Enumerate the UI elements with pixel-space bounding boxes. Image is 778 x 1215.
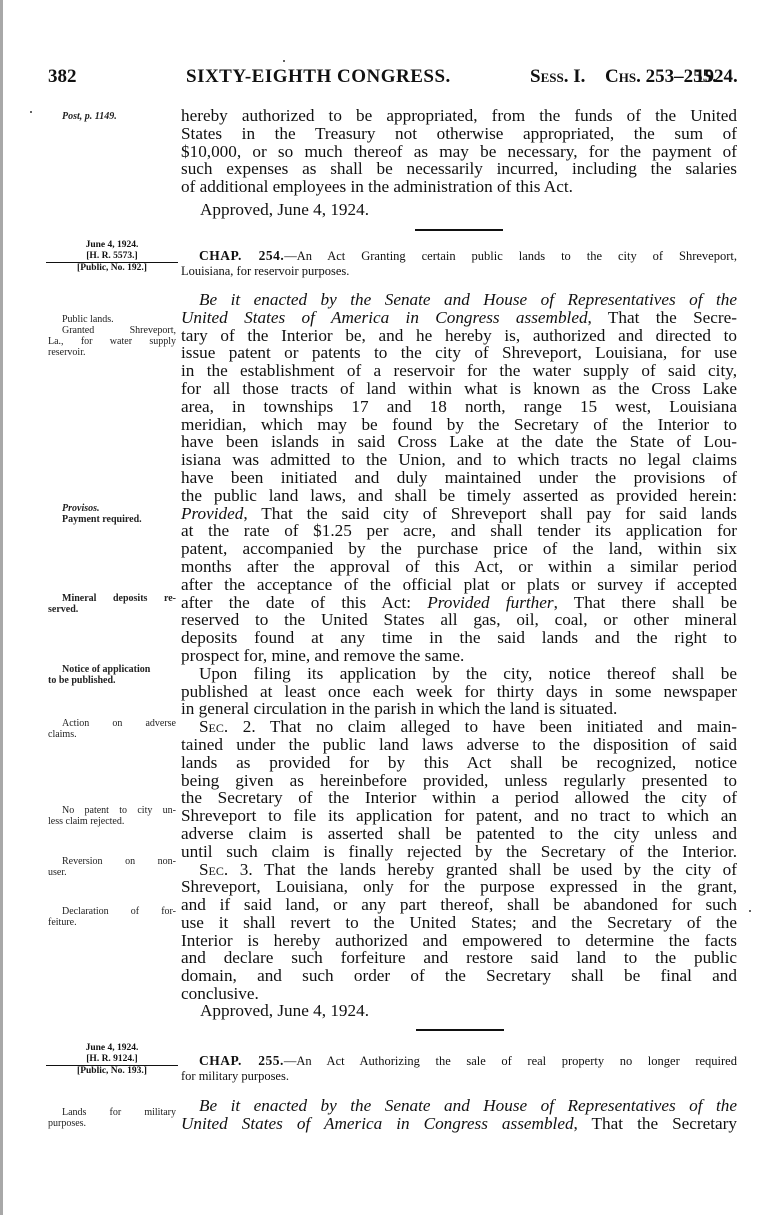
bill-number: [H. R. 5573.] bbox=[52, 251, 172, 262]
approved-date-2: Approved, June 4, 1924. bbox=[200, 1001, 369, 1021]
margin-note-notice: Notice of application to be published. bbox=[48, 664, 176, 686]
chap255-title-cont: for military purposes. bbox=[181, 1069, 737, 1084]
act-date: June 4, 1924. bbox=[52, 240, 172, 251]
year-label: 1924. bbox=[695, 66, 738, 88]
margin-note-reversion: Reversion on non- user. bbox=[48, 856, 176, 878]
chap254-title-cont: Louisiana, for reservoir purposes. bbox=[181, 264, 737, 279]
margin-note-public-lands: Public lands. Granted Shreveport, La., f… bbox=[48, 314, 176, 358]
margin-note-post: Post, p. 1149. bbox=[48, 111, 176, 122]
margin-note-action: Action on adverse claims. bbox=[48, 718, 176, 740]
bill-number: [H. R. 9124.] bbox=[52, 1054, 172, 1065]
chap254-label: CHAP. 254. bbox=[181, 248, 284, 263]
chap255-heading: CHAP. 255.—An Act Authorizing the sale o… bbox=[181, 1054, 737, 1083]
speck bbox=[749, 910, 751, 912]
public-number: [Public, No. 192.] bbox=[52, 263, 172, 274]
running-header: 382 SIXTY-EIGHTH CONGRESS. Sess. I. Chs.… bbox=[48, 66, 738, 88]
chap254-heading: CHAP. 254.—An Act Granting certain publi… bbox=[181, 249, 737, 278]
section-rule bbox=[416, 1029, 504, 1031]
approved-date-1: Approved, June 4, 1924. bbox=[200, 200, 369, 220]
speck bbox=[30, 111, 32, 113]
session-label: Sess. I. bbox=[530, 66, 585, 88]
congress-title: SIXTY-EIGHTH CONGRESS. bbox=[186, 66, 451, 88]
section-rule bbox=[415, 229, 503, 231]
chap254-act-info: June 4, 1924. [H. R. 5573.] [Public, No.… bbox=[52, 240, 172, 274]
margin-note-declaration: Declaration of for- feiture. bbox=[48, 906, 176, 928]
margin-note-mineral: Mineral deposits re- served. bbox=[48, 593, 176, 615]
chap255-enacting: Be it enacted by the Senate and House of… bbox=[181, 1097, 737, 1133]
margin-note-lands-military: Lands for military purposes. bbox=[48, 1107, 176, 1129]
page-number: 382 bbox=[48, 66, 77, 88]
chap254-section1: Be it enacted by the Senate and House of… bbox=[181, 291, 737, 1003]
act-date: June 4, 1924. bbox=[52, 1043, 172, 1054]
margin-note-no-patent: No patent to city un- less claim rejecte… bbox=[48, 805, 176, 827]
speck bbox=[283, 60, 285, 62]
page-edge-border bbox=[0, 0, 3, 1215]
margin-note-provisos: Provisos. Payment required. bbox=[48, 503, 176, 525]
chap255-label: CHAP. 255. bbox=[181, 1053, 284, 1068]
chap254-title: —An Act Granting certain public lands to… bbox=[284, 249, 737, 263]
chap255-act-info: June 4, 1924. [H. R. 9124.] [Public, No.… bbox=[52, 1043, 172, 1077]
chap255-title: —An Act Authorizing the sale of real pro… bbox=[284, 1054, 737, 1068]
public-number: [Public, No. 193.] bbox=[52, 1066, 172, 1077]
continuation-paragraph: hereby authorized to be appropriated, fr… bbox=[181, 107, 737, 196]
